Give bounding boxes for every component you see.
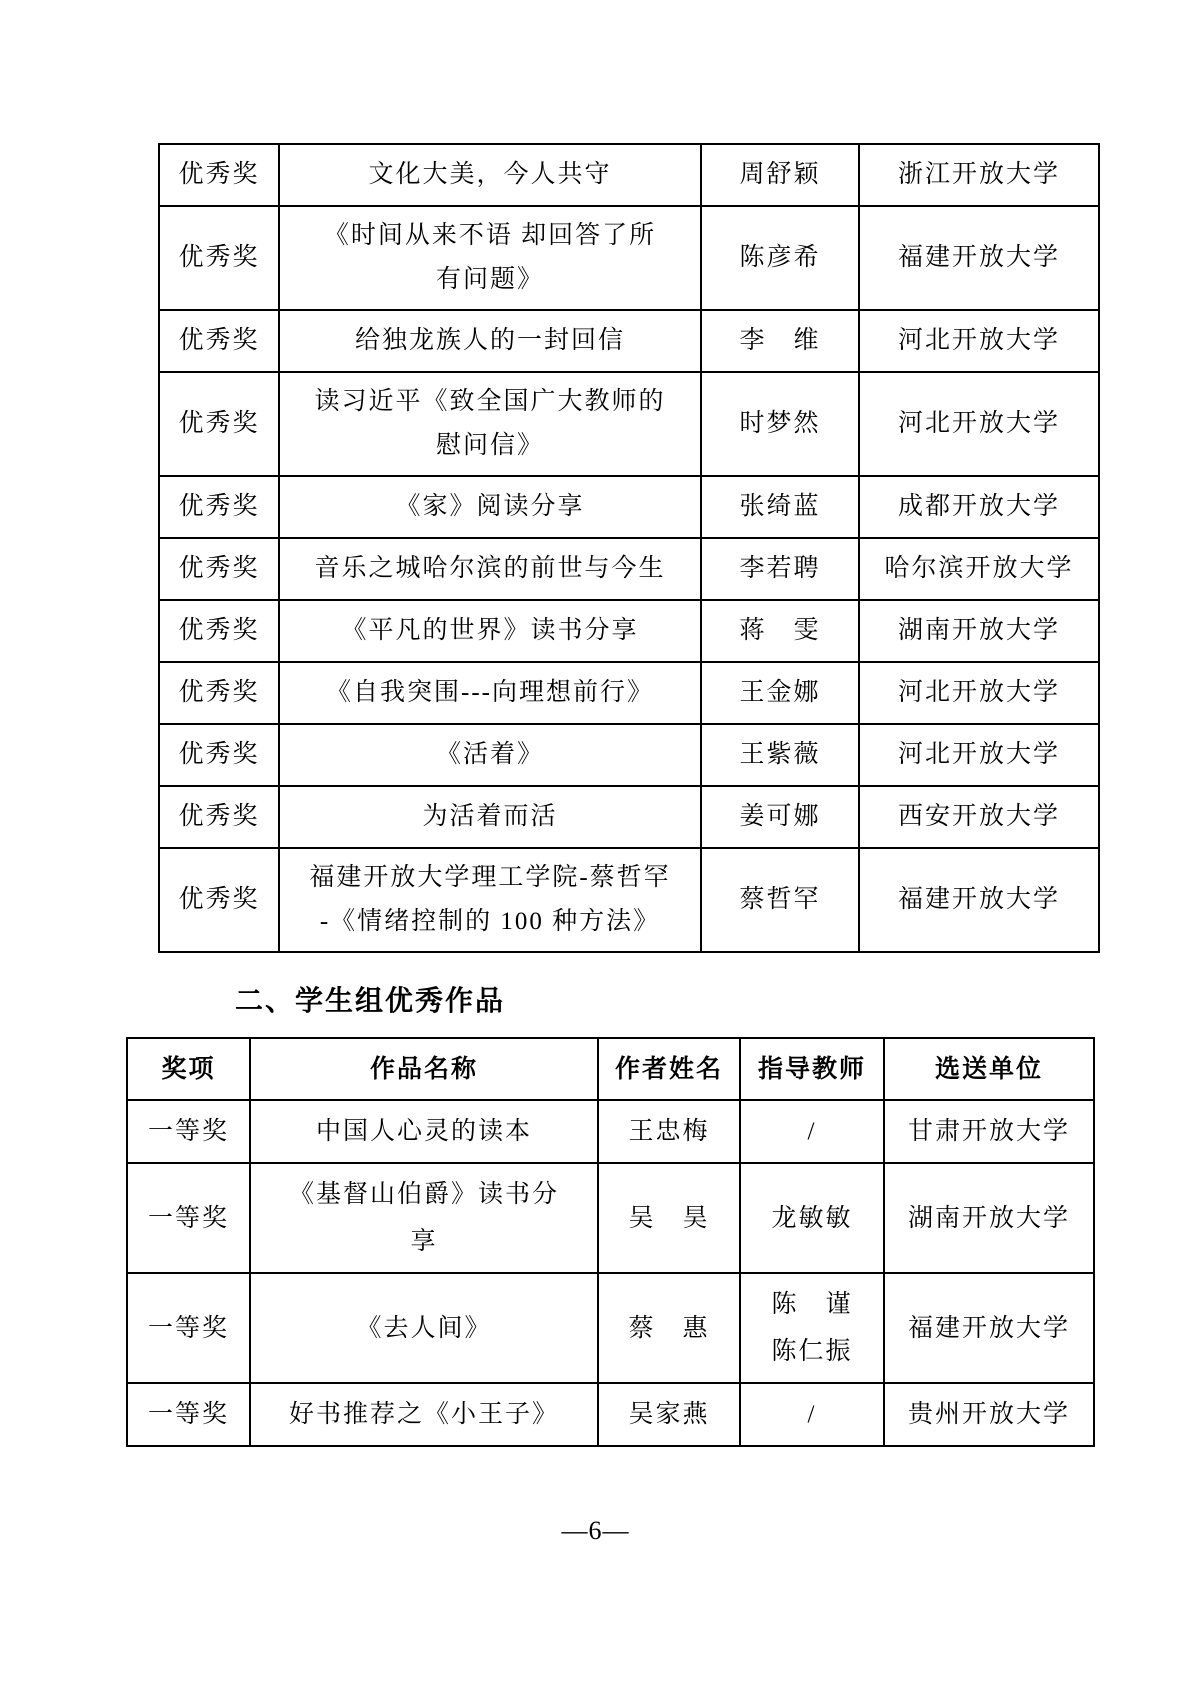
table-row: 优秀奖 《活着》 王紫薇 河北开放大学	[159, 724, 1099, 786]
author-cell: 姜可娜	[701, 786, 859, 848]
award-table-continued: 优秀奖 文化大美，今人共守 周舒颖 浙江开放大学 优秀奖 《时间从来不语 却回答…	[158, 143, 1100, 953]
author-cell: 王金娜	[701, 662, 859, 724]
title-cell: 《活着》	[279, 724, 701, 786]
award-cell: 优秀奖	[159, 476, 279, 538]
award-cell: 一等奖	[127, 1383, 250, 1446]
unit-cell: 河北开放大学	[859, 724, 1099, 786]
title-cell: 《自我突围---向理想前行》	[279, 662, 701, 724]
award-cell: 优秀奖	[159, 372, 279, 476]
page-number: —6—	[0, 1516, 1191, 1546]
table-row: 优秀奖 《平凡的世界》读书分享 蒋 雯 湖南开放大学	[159, 600, 1099, 662]
author-cell: 陈彦希	[701, 206, 859, 310]
unit-cell: 福建开放大学	[859, 848, 1099, 952]
teacher-cell: 龙敏敏	[740, 1163, 884, 1273]
award-cell: 优秀奖	[159, 538, 279, 600]
header-cell-award: 奖项	[127, 1038, 250, 1100]
unit-cell: 甘肃开放大学	[884, 1100, 1094, 1163]
title-cell: 《平凡的世界》读书分享	[279, 600, 701, 662]
table-row: 优秀奖 音乐之城哈尔滨的前世与今生 李若聘 哈尔滨开放大学	[159, 538, 1099, 600]
title-cell: 福建开放大学理工学院-蔡哲罕 -《情绪控制的 100 种方法》	[279, 848, 701, 952]
table-row: 一等奖 《去人间》 蔡 惠 陈 谨 陈仁振 福建开放大学	[127, 1273, 1094, 1383]
award-cell: 优秀奖	[159, 206, 279, 310]
table-row: 一等奖 中国人心灵的读本 王忠梅 / 甘肃开放大学	[127, 1100, 1094, 1163]
title-cell: 文化大美，今人共守	[279, 144, 701, 206]
table-row: 优秀奖 文化大美，今人共守 周舒颖 浙江开放大学	[159, 144, 1099, 206]
author-cell: 吴 昊	[598, 1163, 740, 1273]
unit-cell: 成都开放大学	[859, 476, 1099, 538]
table-header-row: 奖项 作品名称 作者姓名 指导教师 选送单位	[127, 1038, 1094, 1100]
title-cell: 《家》阅读分享	[279, 476, 701, 538]
table-row: 优秀奖 《家》阅读分享 张绮蓝 成都开放大学	[159, 476, 1099, 538]
award-cell: 一等奖	[127, 1273, 250, 1383]
title-cell: 《去人间》	[250, 1273, 598, 1383]
header-cell-teacher: 指导教师	[740, 1038, 884, 1100]
author-cell: 吴家燕	[598, 1383, 740, 1446]
unit-cell: 浙江开放大学	[859, 144, 1099, 206]
author-cell: 时梦然	[701, 372, 859, 476]
award-cell: 优秀奖	[159, 662, 279, 724]
title-cell: 中国人心灵的读本	[250, 1100, 598, 1163]
author-cell: 蔡哲罕	[701, 848, 859, 952]
award-cell: 一等奖	[127, 1100, 250, 1163]
award-cell: 优秀奖	[159, 786, 279, 848]
header-cell-title: 作品名称	[250, 1038, 598, 1100]
teacher-cell: /	[740, 1100, 884, 1163]
award-cell: 优秀奖	[159, 724, 279, 786]
table-row: 优秀奖 《时间从来不语 却回答了所 有问题》 陈彦希 福建开放大学	[159, 206, 1099, 310]
title-cell: 《时间从来不语 却回答了所 有问题》	[279, 206, 701, 310]
table-row: 优秀奖 为活着而活 姜可娜 西安开放大学	[159, 786, 1099, 848]
student-group-table: 奖项 作品名称 作者姓名 指导教师 选送单位 一等奖 中国人心灵的读本 王忠梅 …	[126, 1037, 1095, 1447]
teacher-cell: 陈 谨 陈仁振	[740, 1273, 884, 1383]
document-page: { "table1": { "rows": [ { "award": "优秀奖"…	[0, 0, 1191, 1684]
table-row: 一等奖 好书推荐之《小王子》 吴家燕 / 贵州开放大学	[127, 1383, 1094, 1446]
unit-cell: 河北开放大学	[859, 372, 1099, 476]
header-cell-author: 作者姓名	[598, 1038, 740, 1100]
table-row: 一等奖 《基督山伯爵》读书分 享 吴 昊 龙敏敏 湖南开放大学	[127, 1163, 1094, 1273]
unit-cell: 河北开放大学	[859, 310, 1099, 372]
author-cell: 李若聘	[701, 538, 859, 600]
title-cell: 为活着而活	[279, 786, 701, 848]
title-cell: 好书推荐之《小王子》	[250, 1383, 598, 1446]
author-cell: 王紫薇	[701, 724, 859, 786]
author-cell: 张绮蓝	[701, 476, 859, 538]
table-row: 优秀奖 给独龙族人的一封回信 李 维 河北开放大学	[159, 310, 1099, 372]
table-row: 优秀奖 福建开放大学理工学院-蔡哲罕 -《情绪控制的 100 种方法》 蔡哲罕 …	[159, 848, 1099, 952]
author-cell: 李 维	[701, 310, 859, 372]
award-cell: 优秀奖	[159, 848, 279, 952]
table-row: 优秀奖 《自我突围---向理想前行》 王金娜 河北开放大学	[159, 662, 1099, 724]
award-cell: 优秀奖	[159, 310, 279, 372]
section-heading: 二、学生组优秀作品	[235, 979, 1191, 1019]
award-cell: 优秀奖	[159, 600, 279, 662]
unit-cell: 福建开放大学	[859, 206, 1099, 310]
unit-cell: 哈尔滨开放大学	[859, 538, 1099, 600]
award-cell: 一等奖	[127, 1163, 250, 1273]
unit-cell: 贵州开放大学	[884, 1383, 1094, 1446]
unit-cell: 福建开放大学	[884, 1273, 1094, 1383]
author-cell: 周舒颖	[701, 144, 859, 206]
unit-cell: 河北开放大学	[859, 662, 1099, 724]
title-cell: 读习近平《致全国广大教师的 慰问信》	[279, 372, 701, 476]
header-cell-unit: 选送单位	[884, 1038, 1094, 1100]
unit-cell: 湖南开放大学	[884, 1163, 1094, 1273]
title-cell: 给独龙族人的一封回信	[279, 310, 701, 372]
author-cell: 蔡 惠	[598, 1273, 740, 1383]
author-cell: 王忠梅	[598, 1100, 740, 1163]
title-cell: 音乐之城哈尔滨的前世与今生	[279, 538, 701, 600]
table-row: 优秀奖 读习近平《致全国广大教师的 慰问信》 时梦然 河北开放大学	[159, 372, 1099, 476]
author-cell: 蒋 雯	[701, 600, 859, 662]
teacher-cell: /	[740, 1383, 884, 1446]
title-cell: 《基督山伯爵》读书分 享	[250, 1163, 598, 1273]
unit-cell: 湖南开放大学	[859, 600, 1099, 662]
award-cell: 优秀奖	[159, 144, 279, 206]
unit-cell: 西安开放大学	[859, 786, 1099, 848]
